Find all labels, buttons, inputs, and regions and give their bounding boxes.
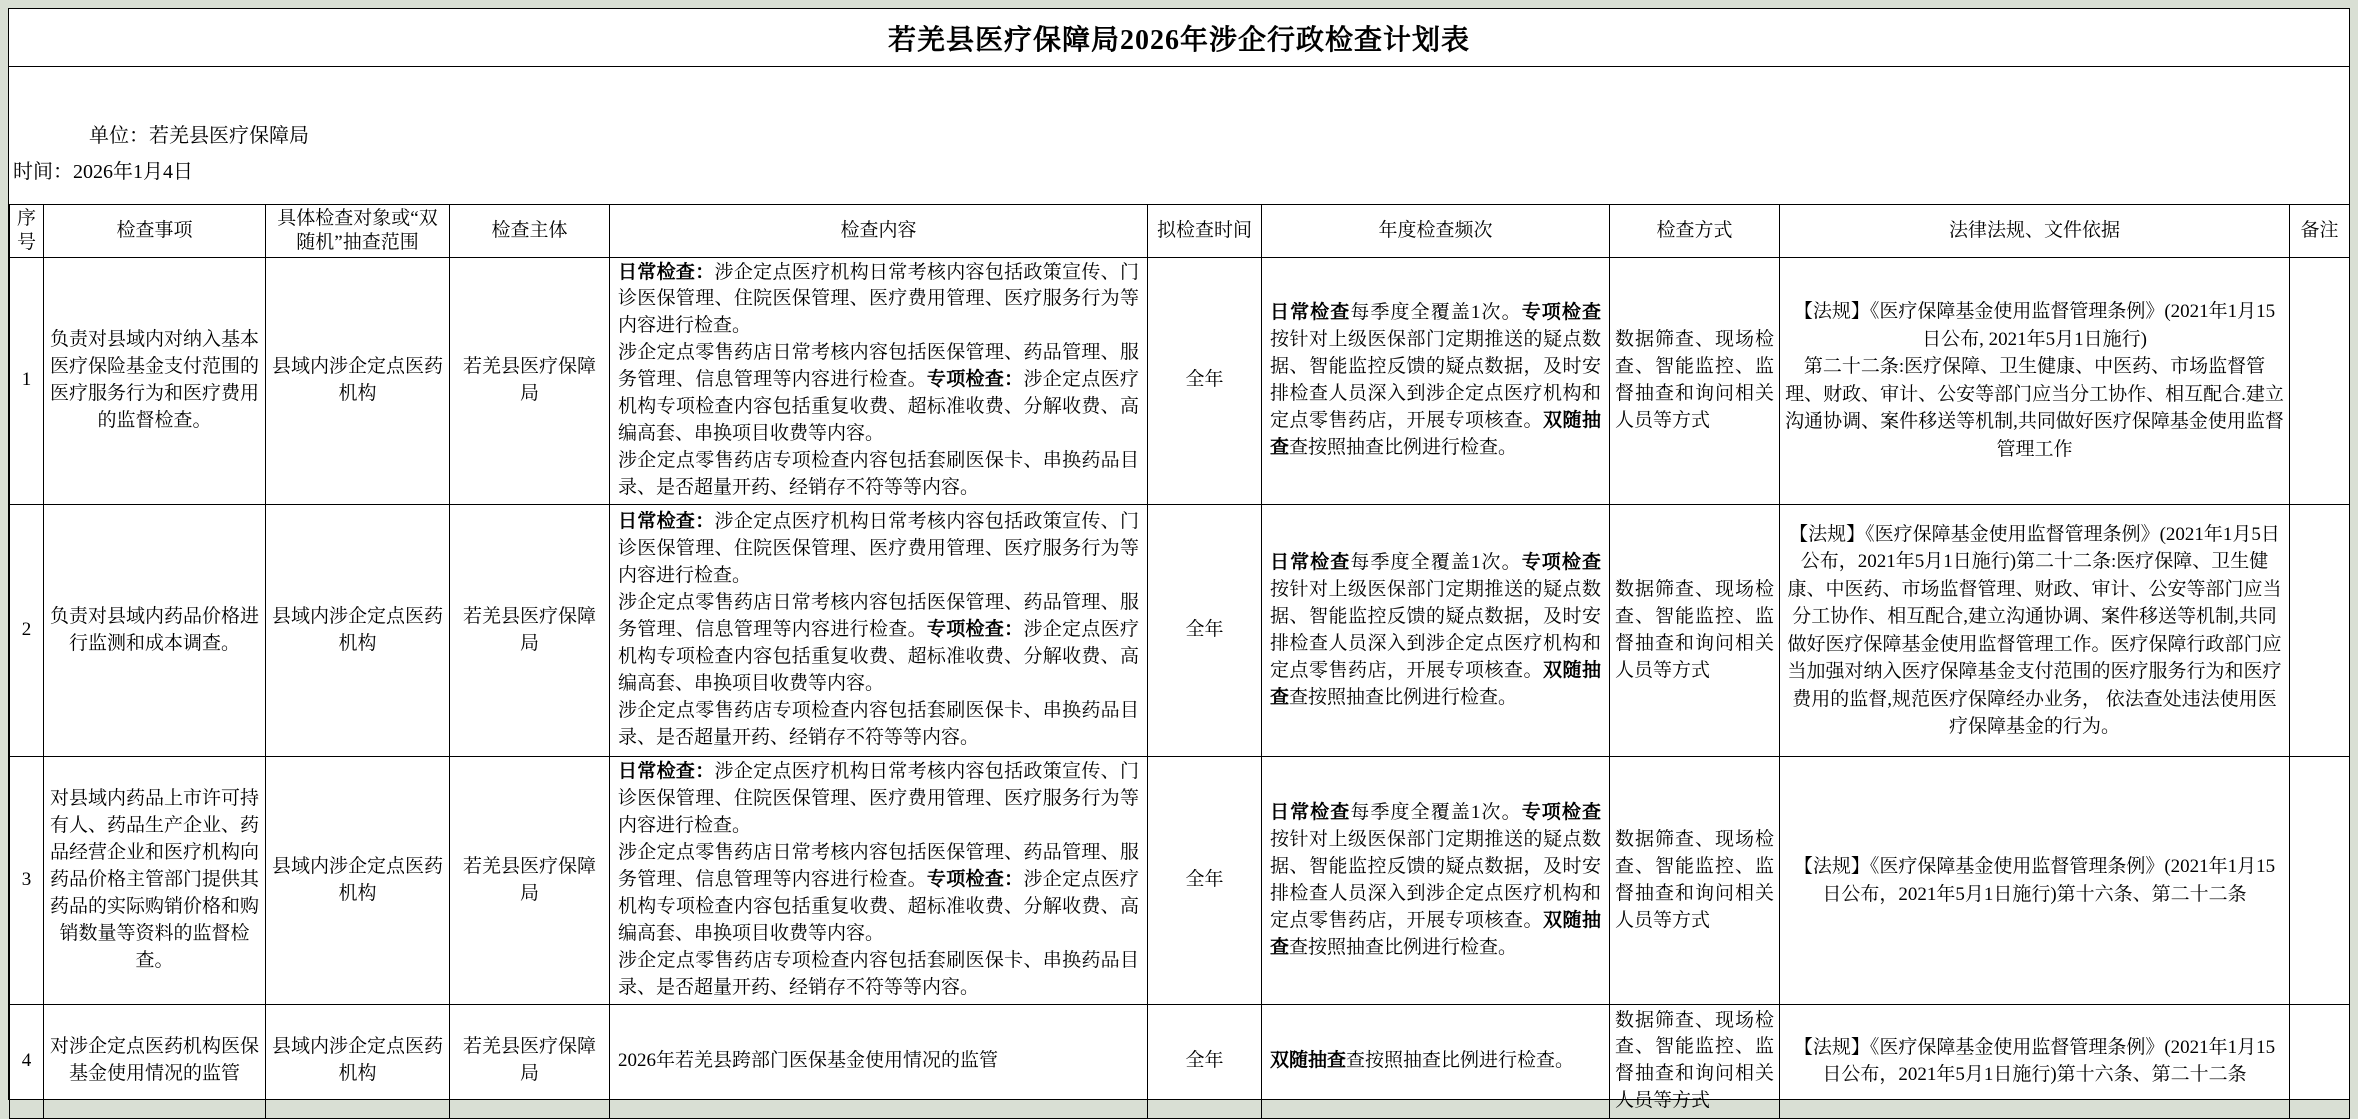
time-line: 时间：2026年1月4日: [13, 155, 193, 184]
cell-item: 对县域内药品上市许可持有人、药品生产企业、药品经营企业和医疗机构向药品价格主管部…: [44, 757, 266, 1005]
cell-item: 负责对县域内对纳入基本医疗保险基金支付范围的医疗服务行为和医疗费用的监督检查。: [44, 257, 266, 505]
cell-subject: 若羌县医疗保障局: [450, 1004, 610, 1103]
cell-target: 县域内涉企定点医药机构: [266, 505, 450, 757]
header-cell-no: 序号: [10, 205, 44, 258]
header-cell-subject: 检查主体: [450, 205, 610, 258]
header-cell-method: 检查方式: [1610, 205, 1780, 258]
header-cell-legal: 法律法规、文件依据: [1780, 205, 2290, 258]
header-cell-target: 具体检查对象或“双随机”抽查范围: [266, 205, 450, 258]
cell-time: 全年: [1148, 257, 1262, 505]
cell-remark: [2290, 505, 2350, 757]
cell-target: 县域内涉企定点医药机构: [266, 1004, 450, 1103]
cell-remark: [2290, 1004, 2350, 1103]
cell-remark: [2290, 757, 2350, 1005]
cell-time: 全年: [1148, 1004, 1262, 1103]
header-cell-time: 拟检查时间: [1148, 205, 1262, 258]
page-title: 若羌县医疗保障局2026年涉企行政检查计划表: [888, 18, 1470, 58]
cell-frequency: 日常检查每季度全覆盖1次。专项检查按针对上级医保部门定期推送的疑点数据、智能监控…: [1262, 257, 1610, 505]
cell-no: 2: [10, 505, 44, 757]
meta-block: 单位：若羌县医疗保障局 时间：2026年1月4日: [9, 67, 2349, 204]
cell-no: 3: [10, 757, 44, 1005]
cell-item: 对涉企定点医药机构医保基金使用情况的监管: [44, 1004, 266, 1103]
cell-time: 全年: [1148, 757, 1262, 1005]
header-cell-frequency: 年度检查频次: [1262, 205, 1610, 258]
table-row: 1 负责对县域内对纳入基本医疗保险基金支付范围的医疗服务行为和医疗费用的监督检查…: [10, 257, 2350, 505]
cell-time: 全年: [1148, 505, 1262, 757]
cell-subject: 若羌县医疗保障局: [450, 257, 610, 505]
cell-content: 日常检查：涉企定点医疗机构日常考核内容包括政策宣传、门诊医保管理、住院医保管理、…: [610, 505, 1148, 757]
table-row: 4 对涉企定点医药机构医保基金使用情况的监管 县域内涉企定点医药机构 若羌县医疗…: [10, 1004, 2350, 1103]
cell-content: 2026年若羌县跨部门医保基金使用情况的监管: [610, 1004, 1148, 1103]
cell-remark: [2290, 257, 2350, 505]
cell-legal: 【法规】《医疗保障基金使用监督管理条例》(2021年1月5日公布，2021年5月…: [1780, 505, 2290, 757]
header-cell-content: 检查内容: [610, 205, 1148, 258]
table-row: 2 负责对县域内药品价格进行监测和成本调查。 县域内涉企定点医药机构 若羌县医疗…: [10, 505, 2350, 757]
cell-legal: 【法规】《医疗保障基金使用监督管理条例》(2021年1月15日公布，2021年5…: [1780, 1004, 2290, 1103]
cell-no: 1: [10, 257, 44, 505]
unit-line: 单位：若羌县医疗保障局: [89, 119, 309, 148]
cell-method: 数据筛查、现场检查、智能监控、监督抽查和询问相关人员等方式: [1610, 505, 1780, 757]
cell-item: 负责对县域内药品价格进行监测和成本调查。: [44, 505, 266, 757]
cell-content: 日常检查：涉企定点医疗机构日常考核内容包括政策宣传、门诊医保管理、住院医保管理、…: [610, 757, 1148, 1005]
inspection-plan-table: 序号 检查事项 具体检查对象或“双随机”抽查范围 检查主体 检查内容 拟检查时间…: [9, 204, 2350, 1103]
header-row: 序号 检查事项 具体检查对象或“双随机”抽查范围 检查主体 检查内容 拟检查时间…: [10, 205, 2350, 258]
header-cell-item: 检查事项: [44, 205, 266, 258]
cell-target: 县域内涉企定点医药机构: [266, 257, 450, 505]
document-page: 若羌县医疗保障局2026年涉企行政检查计划表 单位：若羌县医疗保障局 时间：20…: [8, 8, 2350, 1100]
header-cell-remark: 备注: [2290, 205, 2350, 258]
cell-frequency: 日常检查每季度全覆盖1次。专项检查按针对上级医保部门定期推送的疑点数据、智能监控…: [1262, 505, 1610, 757]
table-row: 3 对县域内药品上市许可持有人、药品生产企业、药品经营企业和医疗机构向药品价格主…: [10, 757, 2350, 1005]
cell-target: 县域内涉企定点医药机构: [266, 757, 450, 1005]
cell-method: 数据筛查、现场检查、智能监控、监督抽查和询问相关人员等方式: [1610, 1004, 1780, 1103]
cell-subject: 若羌县医疗保障局: [450, 505, 610, 757]
cell-content: 日常检查：涉企定点医疗机构日常考核内容包括政策宣传、门诊医保管理、住院医保管理、…: [610, 257, 1148, 505]
cell-legal: 【法规】《医疗保障基金使用监督管理条例》(2021年1月15日公布, 2021年…: [1780, 257, 2290, 505]
cell-method: 数据筛查、现场检查、智能监控、监督抽查和询问相关人员等方式: [1610, 257, 1780, 505]
cell-legal: 【法规】《医疗保障基金使用监督管理条例》(2021年1月15日公布，2021年5…: [1780, 757, 2290, 1005]
cell-frequency: 日常检查每季度全覆盖1次。专项检查按针对上级医保部门定期推送的疑点数据、智能监控…: [1262, 757, 1610, 1005]
cell-frequency: 双随抽查查按照抽查比例进行检查。: [1262, 1004, 1610, 1103]
title-bar: 若羌县医疗保障局2026年涉企行政检查计划表: [9, 9, 2349, 67]
cell-subject: 若羌县医疗保障局: [450, 757, 610, 1005]
cell-method: 数据筛查、现场检查、智能监控、监督抽查和询问相关人员等方式: [1610, 757, 1780, 1005]
cell-no: 4: [10, 1004, 44, 1103]
